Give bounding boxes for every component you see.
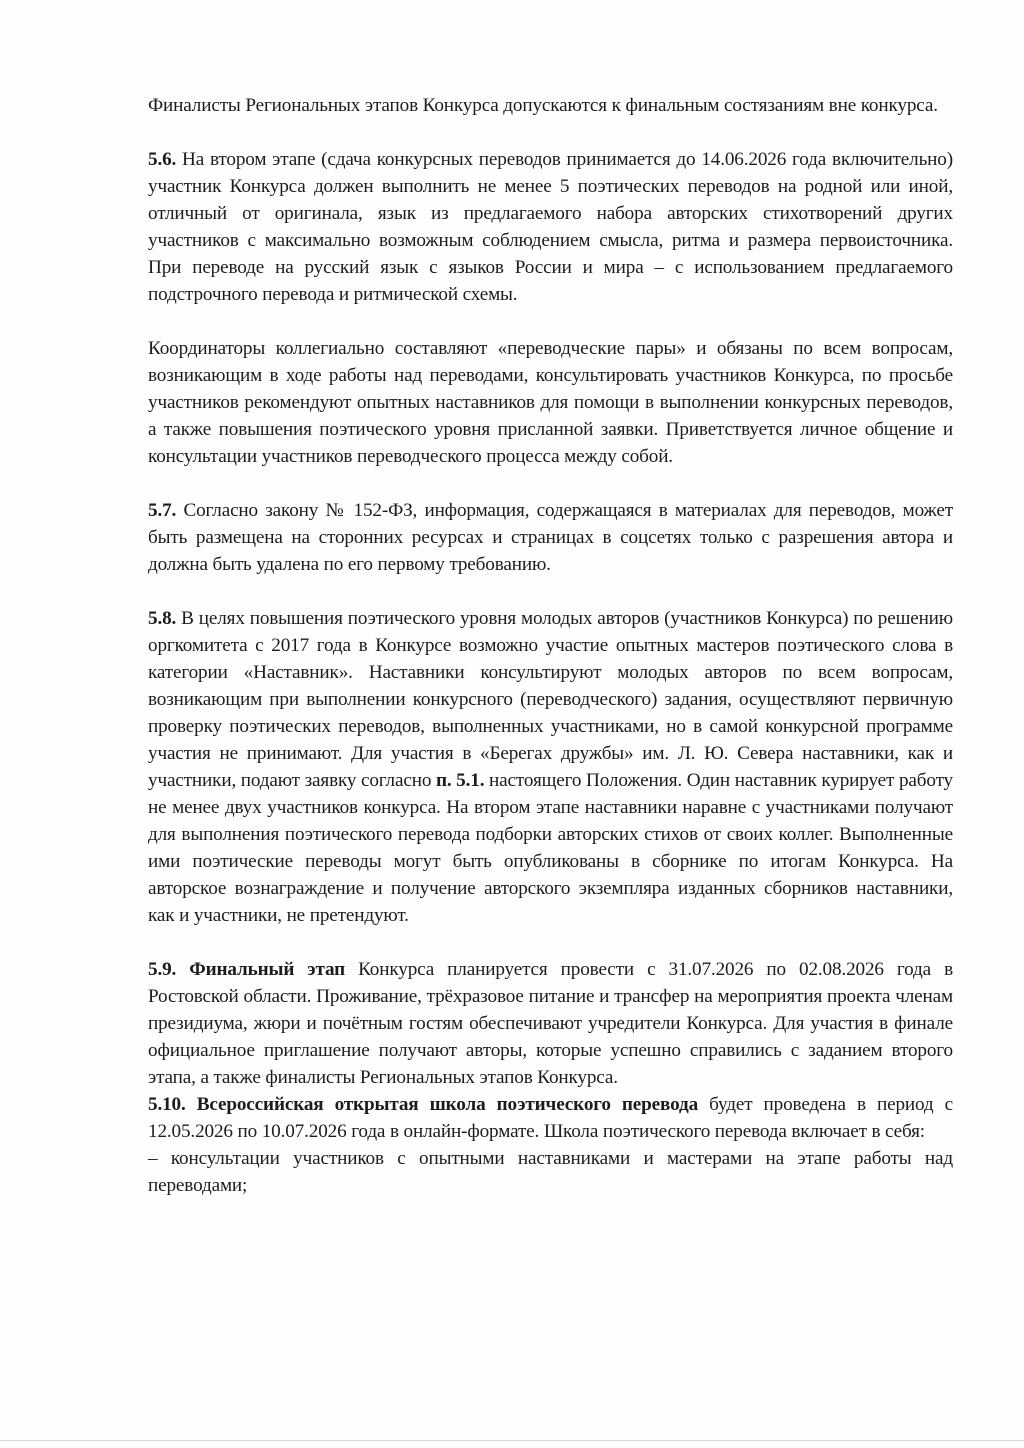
scan-edge-line: [0, 1440, 1024, 1441]
paragraph-text: Согласно закону № 152-ФЗ, информация, со…: [148, 500, 953, 575]
clause-reference: п. 5.1.: [436, 770, 484, 791]
paragraph-coordinators: Координаторы коллегиально составляют «пе…: [148, 335, 953, 470]
list-item-consultations: – консультации участников с опытными нас…: [148, 1145, 953, 1199]
bold-lead: Финальный этап: [176, 959, 345, 980]
section-number: 5.6.: [148, 149, 176, 170]
section-number: 5.8.: [148, 608, 176, 629]
section-number: 5.9.: [148, 959, 176, 980]
paragraph-5-10: 5.10. Всероссийская открытая школа поэти…: [148, 1091, 953, 1145]
paragraph-text: В целях повышения поэтического уровня мо…: [148, 608, 953, 791]
paragraph-text: На втором этапе (сдача конкурсных перево…: [148, 149, 953, 305]
section-number: 5.7.: [148, 500, 176, 521]
document-body: Финалисты Региональных этапов Конкурса д…: [148, 92, 953, 1199]
paragraph-text: Финалисты Региональных этапов Конкурса д…: [148, 95, 938, 116]
paragraph-5-8: 5.8. В целях повышения поэтического уров…: [148, 605, 953, 929]
scan-speck: [382, 160, 384, 162]
bold-lead: Всероссийская открытая школа поэтическог…: [186, 1094, 698, 1115]
paragraph-5-9: 5.9. Финальный этап Конкурса планируется…: [148, 956, 953, 1091]
paragraph-5-7: 5.7. Согласно закону № 152-ФЗ, информаци…: [148, 497, 953, 578]
document-page: Финалисты Региональных этапов Конкурса д…: [0, 0, 1024, 1448]
paragraph-5-6: 5.6. На втором этапе (сдача конкурсных п…: [148, 146, 953, 308]
list-item-text: – консультации участников с опытными нас…: [148, 1148, 953, 1196]
paragraph-finalists-note: Финалисты Региональных этапов Конкурса д…: [148, 92, 953, 119]
paragraph-text: Координаторы коллегиально составляют «пе…: [148, 338, 953, 467]
section-number: 5.10.: [148, 1094, 186, 1115]
scan-speck: [918, 506, 920, 508]
paragraph-text-continued: настоящего Положения. Один наставник кур…: [148, 770, 953, 926]
